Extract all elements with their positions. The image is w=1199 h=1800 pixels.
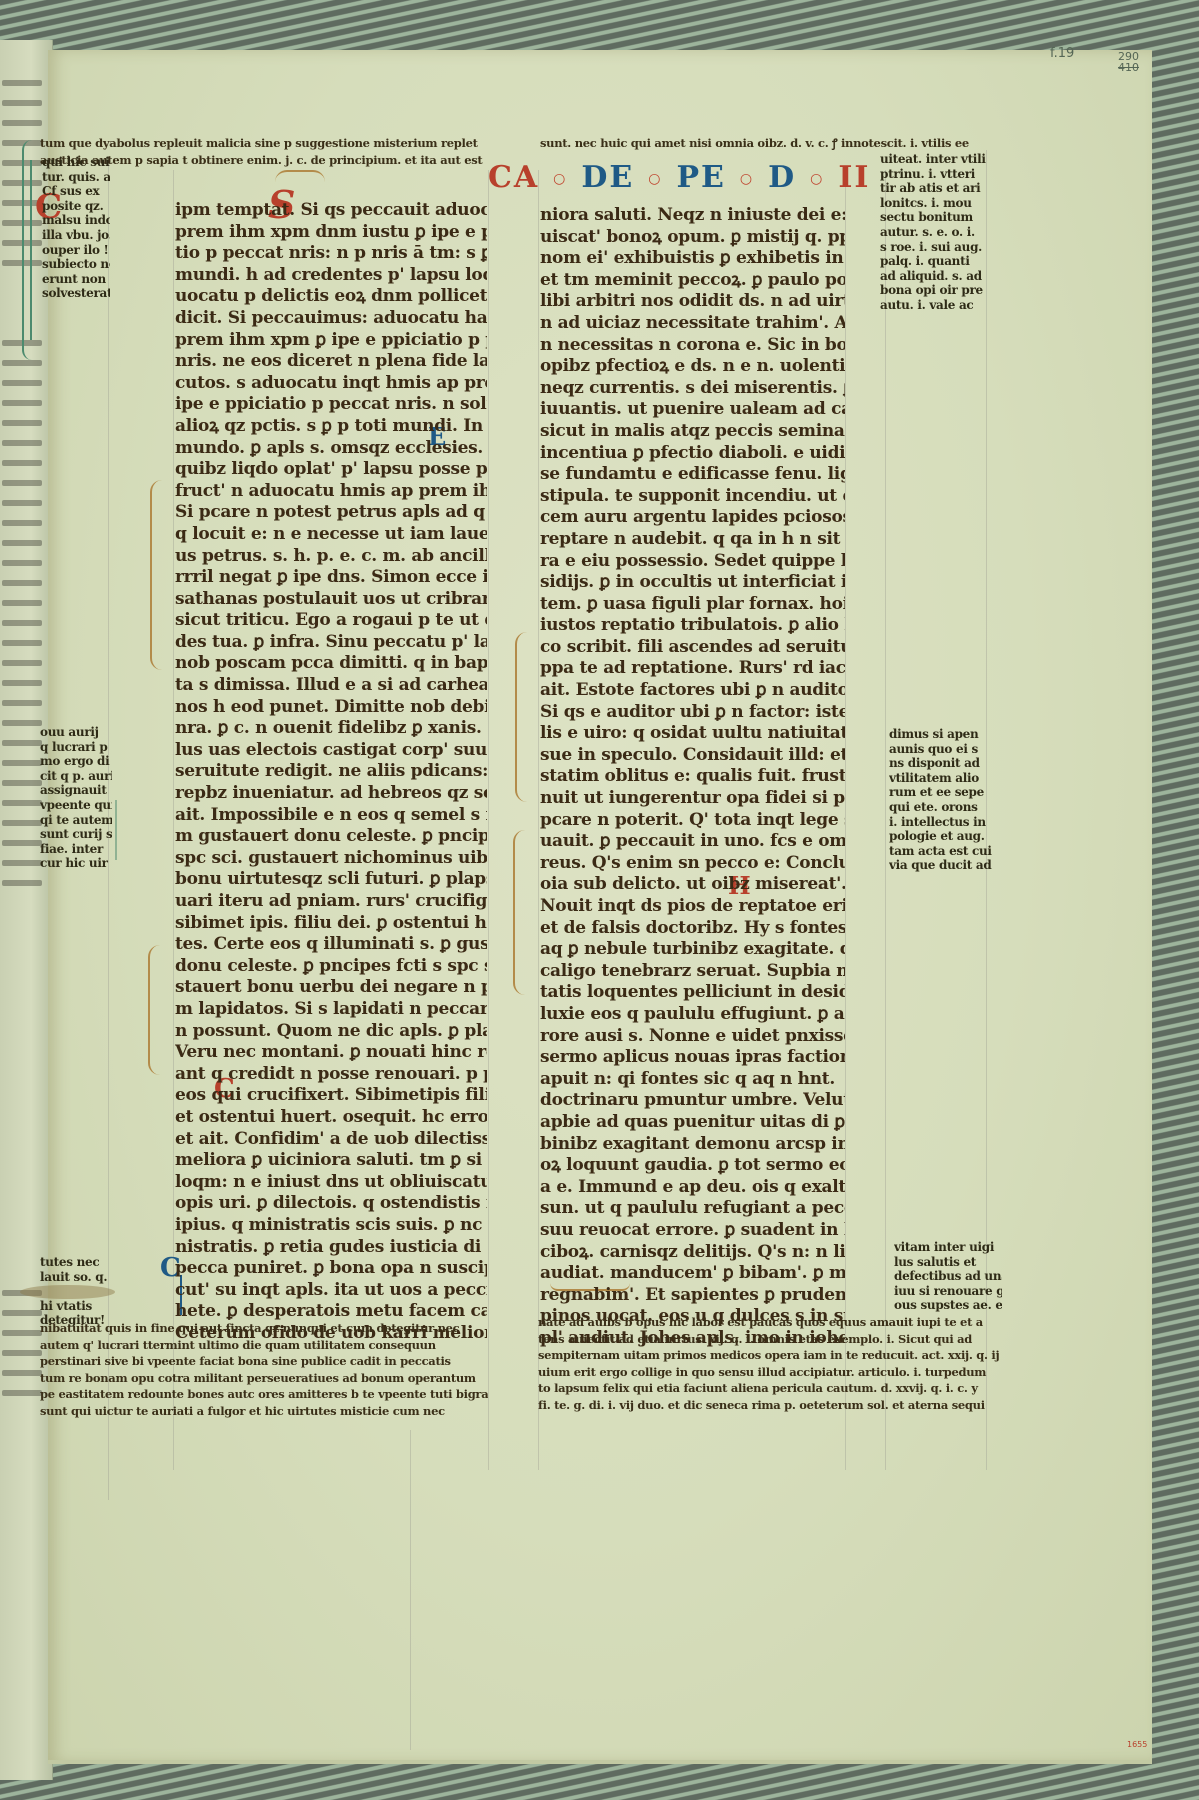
gloss-line: qui hic sui — [42, 155, 110, 170]
gloss-line: erunt non — [42, 272, 110, 287]
gloss-line: via que ducit ad — [889, 858, 997, 873]
text-line: nra. ꝑ c. n ouenit fidelibz ꝑ xanis. Pau — [175, 718, 487, 740]
text-line: spc sci. gustauert nichominus uibu dei — [175, 848, 487, 870]
text-line: tem. ꝑ uasa figuli plar fornax. hoies a — [540, 594, 845, 616]
ruling-line — [488, 170, 489, 1470]
gloss-line — [40, 1284, 112, 1299]
gloss-right-top: uiteat. inter vtilis ptrinu. i. vtteri t… — [880, 152, 986, 313]
text-line: incentiua ꝑ pfectio diaboli. e uidit nos — [540, 443, 845, 465]
text-line: eos qui crucifixert. Sibimetipis filiu d… — [175, 1085, 487, 1107]
text-line: stipula. te supponit incendiu. ut edifi — [540, 486, 845, 508]
text-line: ta s dimissa. Illud e a si ad carheaum — [175, 675, 487, 697]
text-line: doctrinaru pmuntur umbre. Velut nubes — [540, 1090, 845, 1112]
text-line: rore ausi s. Nonne e uidet pnxisse: — [540, 1026, 845, 1048]
commentary-line: fi. te. g. di. i. vij duo. et dic seneca… — [538, 1397, 1000, 1414]
commentary-line: nate ad auibs b opus hic labor est pauca… — [538, 1314, 1000, 1331]
gloss-line: ouper ilo ! — [42, 243, 110, 258]
ruling-line — [410, 1430, 411, 1750]
text-line: binibz exagitant demonu arcsp inui — [540, 1134, 845, 1156]
text-line: ciboꝝ. carnisqz delitijs. Q's n: n liben… — [540, 1242, 845, 1264]
bottom-commentary-left: nibatuitat quis in fine qui aut fincta q… — [40, 1320, 488, 1419]
text-line: prem ihm xpm dnm iustu ꝑ ipe e ppicia — [175, 222, 487, 244]
gloss-line: iuu si renouare g — [894, 1284, 1002, 1299]
text-line: seruitute redigit. ne aliis pdicans: ips… — [175, 761, 487, 783]
text-line: ra e eiu possessio. Sedet quippe leo i i… — [540, 551, 845, 573]
text-line: sidijs. ꝑ in occultis ut interficiat inn… — [540, 572, 845, 594]
header-part: DE — [581, 160, 634, 195]
text-line: pcare n poterit. Q' tota inqt lege ser — [540, 810, 845, 832]
text-line: ipe e ppiciatio p peccat nris. n solu p … — [175, 394, 487, 416]
text-line: tes. Certe eos q illuminati s. ꝑ gustaue… — [175, 934, 487, 956]
text-line: sicut in malis atqz peccis semina nra s — [540, 421, 845, 443]
text-line: sermo aplicus nouas ipras factiones. — [540, 1047, 845, 1069]
header-part: D — [768, 160, 796, 195]
text-line: neqz currentis. s dei miserentis. ꝑ ad — [540, 378, 845, 400]
text-line: cutos. s aduocatu inqt hmis ap prem ꝑ — [175, 373, 487, 395]
main-text-column-left: ipm temptat. Si qs peccauit aduocatu hab… — [175, 200, 487, 1344]
text-line: uauit. ꝑ peccauit in uno. fcs e omniz — [540, 831, 845, 853]
text-line: aq ꝑ nebule turbinibz exagitate. qbz — [540, 939, 845, 961]
text-line: bonu uirtutesqz scli futuri. ꝑ plapsi s.… — [175, 869, 487, 891]
gloss-line: ptrinu. i. vtteri — [880, 167, 986, 182]
text-line: rrril negat ꝑ ipe dns. Simon ecce inqd — [175, 567, 487, 589]
text-line: caligo tenebrarz seruat. Supbia n uani — [540, 961, 845, 983]
gloss-line: malsu indo — [42, 213, 110, 228]
text-line: a e. Immund e ap deu. ois q exaltat coꝝ — [540, 1177, 845, 1199]
gloss-line: palq. i. quanti — [880, 254, 986, 269]
text-line: lus uas electois castigat corp' suu et i… — [175, 740, 487, 762]
text-line: niora saluti. Neqz n iniuste dei e: ut o… — [540, 205, 845, 227]
text-line: meliora ꝑ uiciniora saluti. tm ꝑ si ita — [175, 1150, 487, 1172]
text-line: alioꝝ qz pctis. s ꝑ p toti mundi. In tot… — [175, 416, 487, 438]
text-line: cut' su inqt apls. ita ut uos a peccis r… — [175, 1280, 487, 1302]
text-line: sue in speculo. Considauit illd: et rece… — [540, 745, 845, 767]
text-line: iuuantis. ut puenire ualeam ad calce. — [540, 399, 845, 421]
text-line: ait. Estote factores ubi ꝑ n auditores t… — [540, 680, 845, 702]
text-line: tio p peccat nris: n p nris ā tm: s ꝑ p … — [175, 243, 487, 265]
gold-vine-top — [275, 170, 325, 196]
text-line: et tm meminit peccoꝝ. ꝑ paulo post. — [540, 270, 845, 292]
text-line: cem auru argentu lapides pciosos ꝑ — [540, 507, 845, 529]
gloss-line: autu. i. vale ac — [880, 298, 986, 313]
gloss-line: tir ab atis et ari — [880, 181, 986, 196]
text-line: reptare n audebit. q qa in h n sit secu — [540, 529, 845, 551]
text-line: co scribit. fili ascendes ad seruitute d… — [540, 637, 845, 659]
text-line: et ait. Confidim' a de uob dilectissimi — [175, 1129, 487, 1151]
text-line: uocatu p delictis eoꝝ dnm pollicet. Nec — [175, 286, 487, 308]
ruling-line — [538, 170, 539, 1470]
header-dot: ○ — [553, 171, 567, 187]
page-bottom-edge — [48, 1760, 1152, 1764]
gloss-line: autur. s. e. o. i. — [880, 225, 986, 240]
green-flourish-mid — [115, 800, 117, 860]
text-line: oꝝ loquunt gaudia. ꝑ tot sermo eoꝝ scbi — [540, 1155, 845, 1177]
text-line: opis uri. ꝑ dilectois. q ostendistis i n… — [175, 1193, 487, 1215]
gloss-line: cit q p. aurij — [40, 769, 112, 784]
text-line: ant q credidt n posse renouari. p pniam — [175, 1064, 487, 1086]
gloss-line: pologie et aug. — [889, 829, 997, 844]
text-line: iustos reptatio tribulatois. ꝑ alio lo — [540, 615, 845, 637]
text-line: repbz inueniatur. ad hebreos qz scribens — [175, 783, 487, 805]
commentary-line: tens auiectit ad etia uirtus. xij. q. i.… — [538, 1331, 1000, 1348]
gloss-right-mid: dimus si apen aunis quo ei s ns disponit… — [889, 727, 997, 873]
gloss-line: vpeente qui — [40, 798, 112, 813]
text-line: nob poscam pcca dimitti. q in baptis — [175, 653, 487, 675]
gloss-line: mo ergo di — [40, 754, 112, 769]
text-line: ait. Impossibile e n eos q semel s illu — [175, 805, 487, 827]
text-line: Si qs e auditor ubi ꝑ n factor: iste sim… — [540, 702, 845, 724]
commentary-line: autem q' lucrari ttermint ultimo die qua… — [40, 1337, 488, 1354]
text-line: luxie eos q paululu effugiunt. ꝑ ad er — [540, 1004, 845, 1026]
gloss-line: cur hic uir — [40, 856, 112, 871]
commentary-line: sempiternam uitam primos medicos opera i… — [538, 1347, 1000, 1364]
text-line: Si pcare n potest petrus apls ad q dem f… — [175, 502, 487, 524]
gloss-line: vitam inter uigi — [894, 1240, 1002, 1255]
text-line: sibimet ipis. filiu dei. ꝑ ostentui habe… — [175, 913, 487, 935]
text-line: apbie ad quas puenitur uitas di ꝑ tur — [540, 1112, 845, 1134]
gloss-line: sectu bonitum — [880, 210, 986, 225]
text-line: audiat. manducem' ꝑ bibam'. ꝑ meenu — [540, 1263, 845, 1285]
text-line: Nouit inqt ds pios de reptatoe eripere. — [540, 896, 845, 918]
gloss-line: tur. quis. a — [42, 170, 110, 185]
folio-number-struck: 410 — [1118, 61, 1139, 74]
text-line: et de falsis doctoribz. Hy s fontes sn — [540, 918, 845, 940]
bottom-commentary-right: nate ad auibs b opus hic labor est pauca… — [538, 1314, 1000, 1413]
commentary-line: uium erit ergo collige in quo sensu illu… — [538, 1364, 1000, 1381]
text-line: nistratis. ꝑ retia gudes iusticia di sim — [175, 1237, 487, 1259]
gloss-line: uiteat. inter vtilis — [880, 152, 986, 167]
text-line: reus. Q's enim sn pecco e: Conclusit ds — [540, 853, 845, 875]
text-line: m lapidatos. Si s lapidati n peccare — [175, 999, 487, 1021]
gloss-line: defectibus ad una — [894, 1269, 1002, 1284]
text-line: fruct' n aduocatu hmis ap prem ihm xpm. — [175, 481, 487, 503]
gloss-line: tutes nec — [40, 1255, 112, 1270]
text-line: dicit. Si peccauimus: aduocatu habem ap — [175, 308, 487, 330]
text-line: ppa te ad reptatione. Rurs' rd iacobus — [540, 658, 845, 680]
gloss-line: dimus si apen — [889, 727, 997, 742]
gloss-line: ouu aurij — [40, 725, 112, 740]
commentary-line: sunt. nec huic qui amet nisi omnia oibz.… — [540, 135, 988, 152]
gloss-line: posite qz. — [42, 199, 110, 214]
text-line: ipius. q ministratis scis suis. ꝑ nc mi — [175, 1215, 487, 1237]
text-line: n necessitas n corona e. Sic in bonis — [540, 335, 845, 357]
commentary-line: to lapsum felix qui etia faciunt aliena … — [538, 1380, 1000, 1397]
text-line: loqm: n e iniust dns ut obliuiscatur — [175, 1172, 487, 1194]
text-line: quibz liqdo oplat' p' lapsu posse peccar… — [175, 459, 487, 481]
main-text-column-right: niora saluti. Neqz n iniuste dei e: ut o… — [540, 205, 845, 1349]
text-line: et ostentui huert. osequit. hc errore so… — [175, 1107, 487, 1129]
text-line: sicut triticu. Ego a rogaui p te ut defi… — [175, 610, 487, 632]
gloss-line: hi vtatis — [40, 1299, 112, 1314]
gloss-line: ns disponit ad — [889, 756, 997, 771]
text-line: stauert bonu uerbu dei negare n possu — [175, 977, 487, 999]
gloss-line: vtilitatem alio — [889, 771, 997, 786]
text-line: lis e uiro: q osidat uultu natiuitatis — [540, 723, 845, 745]
text-line: se fundamtu e edificasse fenu. lignu. — [540, 464, 845, 486]
text-line: libi arbitri nos odidit ds. n ad uirtute… — [540, 291, 845, 313]
text-line: pecca puniret. ꝑ bona opa n susciper. lo — [175, 1258, 487, 1280]
running-header: CA○DE○PE○D○II — [488, 160, 884, 195]
text-line: regnabim'. Et sapientes ꝑ prudentes. — [540, 1285, 845, 1307]
gloss-line: rum et ee sepe — [889, 785, 997, 800]
commentary-line: sunt qui uictur te auriati a fulgor et h… — [40, 1403, 488, 1420]
text-line: us petrus. s. h. p. e. c. m. ab ancilla … — [175, 546, 487, 568]
text-line: tatis loquentes pelliciunt in desidijs c… — [540, 982, 845, 1004]
gloss-line: sunt curij s — [40, 827, 112, 842]
header-dot: ○ — [648, 171, 662, 187]
text-line: mundi. h ad credentes p' lapsu loquitur.… — [175, 265, 487, 287]
gloss-line: solvesterat — [42, 286, 110, 301]
gloss-line: lus salutis et — [894, 1255, 1002, 1270]
gloss-line: lonitcs. i. mou — [880, 196, 986, 211]
gloss-line: qi te autem — [40, 813, 112, 828]
header-part: PE — [676, 160, 725, 195]
gloss-left-top: qui hic sui tur. quis. a Cf sus ex posit… — [42, 155, 110, 301]
text-line: nom ei' exhibuistis ꝑ exhibetis in scis. — [540, 248, 845, 270]
gloss-line: lauit so. q. — [40, 1270, 112, 1285]
gloss-line: assignauit — [40, 783, 112, 798]
text-line: opibz pfectioꝝ e ds. n e n. uolentis — [540, 356, 845, 378]
commentary-line: tum re bonam opu cotra militant perseuer… — [40, 1370, 488, 1387]
gloss-left-bottom: tutes nec lauit so. q. hi vtatis detegit… — [40, 1255, 112, 1328]
commentary-line: tum que dyabolus repleuit malicia sine p… — [40, 135, 488, 152]
header-dot: ○ — [810, 171, 824, 187]
text-line: Veru nec montani. ꝑ nouati hinc rede — [175, 1042, 487, 1064]
text-line: des tua. ꝑ infra. Sinu peccatu p' lapsu … — [175, 632, 487, 654]
ruling-line — [845, 170, 846, 1470]
gloss-line: tam acta est cui — [889, 844, 997, 859]
pencil-mark: f.19 — [1050, 46, 1074, 61]
header-dot: ○ — [740, 171, 754, 187]
gloss-line: illa vbu. jo. — [42, 228, 110, 243]
text-line: m gustauert donu celeste. ꝑ pncipes fcti — [175, 826, 487, 848]
gloss-line: ad aliquid. s. ad — [880, 269, 986, 284]
gloss-line: subiecto no — [42, 257, 110, 272]
top-commentary-right: sunt. nec huic qui amet nisi omnia oibz.… — [540, 135, 988, 152]
gloss-line: ous supstes ae. e — [894, 1298, 1002, 1313]
header-part: CA — [488, 160, 539, 195]
commentary-line: pe eastitatem redounte bones autc ores a… — [40, 1386, 488, 1403]
text-line: statim oblitus e: qualis fuit. frust mo — [540, 766, 845, 788]
text-line: uiscat' bonoꝝ opum. ꝑ mistij q. ppter — [540, 227, 845, 249]
text-line: donu celeste. ꝑ pncipes fcti s spc sci. … — [175, 956, 487, 978]
gloss-right-bottom: vitam inter uigi lus salutis et defectib… — [894, 1240, 1002, 1313]
text-line: oia sub delicto. ut oibz misereat'. petr… — [540, 874, 845, 896]
text-line: nuit ut iungerentur opa fidei si p' laps… — [540, 788, 845, 810]
text-line: uari iteru ad pniam. rurs' crucifigentes — [175, 891, 487, 913]
text-line: q locuit e: n e necesse ut iam lauet. ꝑ … — [175, 524, 487, 546]
text-line: sun. ut q paululu refugiant a peccis ad — [540, 1198, 845, 1220]
gloss-line: Cf sus ex — [42, 184, 110, 199]
commentary-line: nibatuitat quis in fine qui aut fincta q… — [40, 1320, 488, 1337]
text-line: ipm temptat. Si qs peccauit aduocatu hab… — [175, 200, 487, 222]
text-line: mundo. ꝑ apls s. omsqz ecclesies. Ex — [175, 438, 487, 460]
text-line: nos h eod punet. Dimitte nob debita — [175, 697, 487, 719]
text-line: suu reuocat errore. ꝑ suadent in luxia — [540, 1220, 845, 1242]
gloss-line: qui ete. orons — [889, 800, 997, 815]
text-line: n possunt. Quom ne dic apls. ꝑ plapsi s. — [175, 1021, 487, 1043]
gloss-left-mid: ouu aurij q lucrari p mo ergo di cit q p… — [40, 725, 112, 871]
ruling-line — [885, 170, 886, 1470]
text-line: apuit n: qi fontes sic q aq n hnt. — [540, 1069, 845, 1091]
text-line: sathanas postulauit uos ut cribraret — [175, 589, 487, 611]
text-line: prem ihm xpm ꝑ ipe e ppiciatio p peccat — [175, 330, 487, 352]
bottom-shelf-mark: 1655 — [1127, 1740, 1147, 1749]
text-line: n ad uiciaz necessitate trahim'. Alioqn: — [540, 313, 845, 335]
text-line: nris. ne eos diceret n plena fide lapsu … — [175, 351, 487, 373]
gloss-line: s roe. i. sui aug. — [880, 240, 986, 255]
gloss-line: q lucrari p — [40, 740, 112, 755]
gloss-line: fiae. inter — [40, 842, 112, 857]
gloss-line: i. intellectus in — [889, 815, 997, 830]
gloss-line: bona opi oir pre — [880, 283, 986, 298]
header-part: II — [838, 160, 870, 195]
commentary-line: perstinari sive bi vpeente faciat bona s… — [40, 1353, 488, 1370]
gloss-line: aunis quo ei s — [889, 742, 997, 757]
